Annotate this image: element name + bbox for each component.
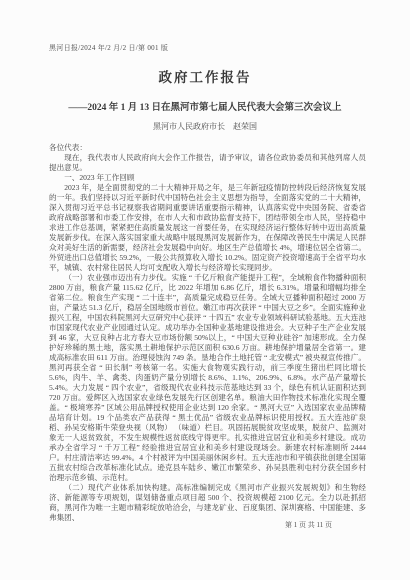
subtitle: ——2024 年 1 月 13 日在黑河市第七届人民代表大会第三次会议上 — [0, 99, 410, 113]
section-heading: 一、2023 年工作回顾 — [49, 173, 366, 183]
report-body: 各位代表： 现在，我代表市人民政府向大会作工作报告，请予审议，请各位政协委员和其… — [49, 143, 366, 523]
document-page: 黑河日报/2024 年/2 月/2 日/第 001 版 政府工作报告 ——202… — [0, 0, 410, 580]
salutation: 各位代表： — [49, 143, 366, 153]
paragraph-industry: （二）现代产业体系加快构建。高标准编制完成《黑河市产业振兴发展规划》和生物经济、… — [49, 483, 366, 523]
masthead: 黑河日报/2024 年/2 月/2 日/第 001 版 — [49, 43, 168, 53]
paragraph-intro: 现在，我代表市人民政府向大会作工作报告，请予审议，请各位政协委员和其他列席人员提… — [49, 153, 366, 173]
paragraph-2023-overview: 2023 年，是全面贯彻党的二十大精神开局之年，是三年新冠疫情防控转段后经济恢复… — [49, 183, 366, 273]
byline: 黑河市人民政府市长 赵荣国 — [0, 121, 410, 132]
paragraph-agriculture: （一）农业强市迈出有力步伐。实施 “ 千亿斤粮食产能提升工程”，全域粮食作物播种… — [49, 273, 366, 483]
page-title: 政府工作报告 — [0, 66, 410, 86]
footer-page-number: 第 1 页 共 11 页 — [49, 520, 332, 530]
